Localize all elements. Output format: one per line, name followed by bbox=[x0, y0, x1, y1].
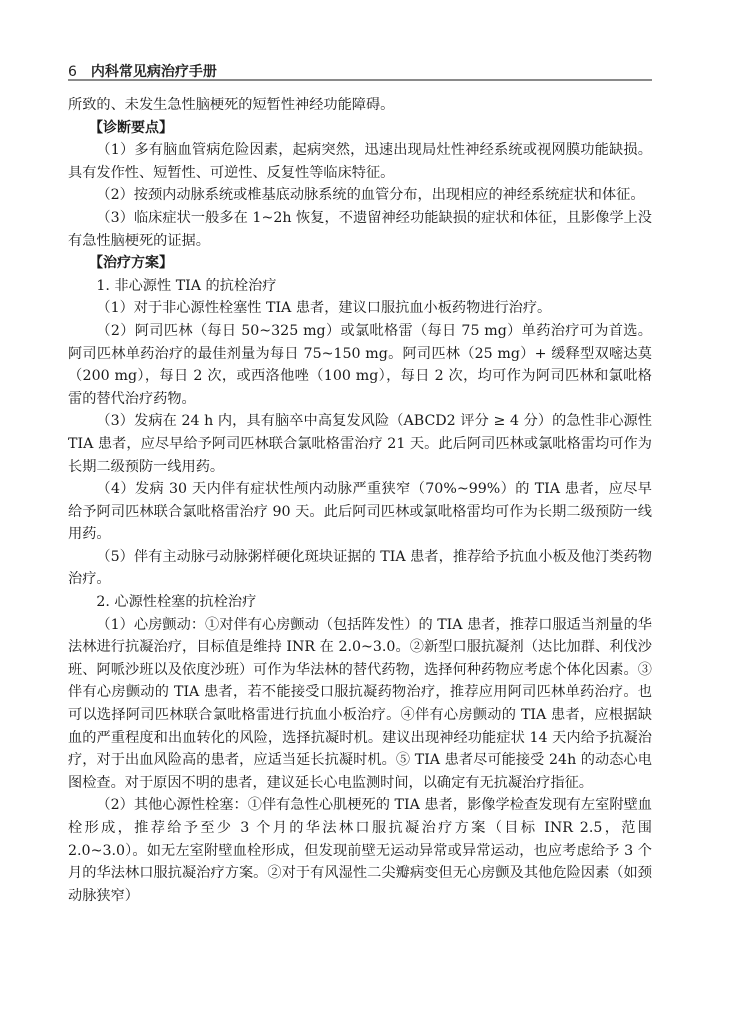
header-rule bbox=[68, 79, 652, 81]
diagnosis-heading: 【诊断要点】 bbox=[68, 117, 652, 140]
page-number: 6 bbox=[68, 64, 77, 80]
treatment-heading: 【治疗方案】 bbox=[68, 252, 652, 275]
section2-item-2: （2）其他心源性栓塞：①伴有急性心肌梗死的 TIA 患者，影像学检查发现有左室附… bbox=[68, 794, 652, 907]
section1-item-2: （2）阿司匹林（每日 50~325 mg）或氯吡格雷（每日 75 mg）单药治疗… bbox=[68, 320, 652, 410]
diagnosis-item-1: （1）多有脑血管病危险因素，起病突然，迅速出现局灶性神经系统或视网膜功能缺损。具… bbox=[68, 139, 652, 184]
section1-item-3: （3）发病在 24 h 内，具有脑卒中高复发风险（ABCD2 评分 ≥ 4 分）… bbox=[68, 410, 652, 478]
diagnosis-item-2: （2）按颈内动脉系统或椎基底动脉系统的血管分布，出现相应的神经系统症状和体征。 bbox=[68, 184, 652, 207]
section1-title: 1. 非心源性 TIA 的抗栓治疗 bbox=[68, 275, 652, 298]
diagnosis-item-3: （3）临床症状一般多在 1~2h 恢复，不遗留神经功能缺损的症状和体征，且影像学… bbox=[68, 207, 652, 252]
section1-item-4: （4）发病 30 天内伴有症状性颅内动脉严重狭窄（70%~99%）的 TIA 患… bbox=[68, 478, 652, 546]
section2-item-1: （1）心房颤动：①对伴有心房颤动（包括阵发性）的 TIA 患者，推荐口服适当剂量… bbox=[68, 614, 652, 795]
section1-item-5: （5）伴有主动脉弓动脉粥样硬化斑块证据的 TIA 患者，推荐给予抗血小板及他汀类… bbox=[68, 546, 652, 591]
section2-title: 2. 心源性栓塞的抗栓治疗 bbox=[68, 591, 652, 614]
intro-paragraph: 所致的、未发生急性脑梗死的短暂性神经功能障碍。 bbox=[68, 94, 652, 117]
running-header: 6内科常见病治疗手册 bbox=[68, 61, 217, 81]
section1-item-1: （1）对于非心源性栓塞性 TIA 患者，建议口服抗血小板药物进行治疗。 bbox=[68, 297, 652, 320]
body-text: 所致的、未发生急性脑梗死的短暂性神经功能障碍。 【诊断要点】 （1）多有脑血管病… bbox=[68, 94, 652, 907]
book-title: 内科常见病治疗手册 bbox=[91, 64, 217, 80]
